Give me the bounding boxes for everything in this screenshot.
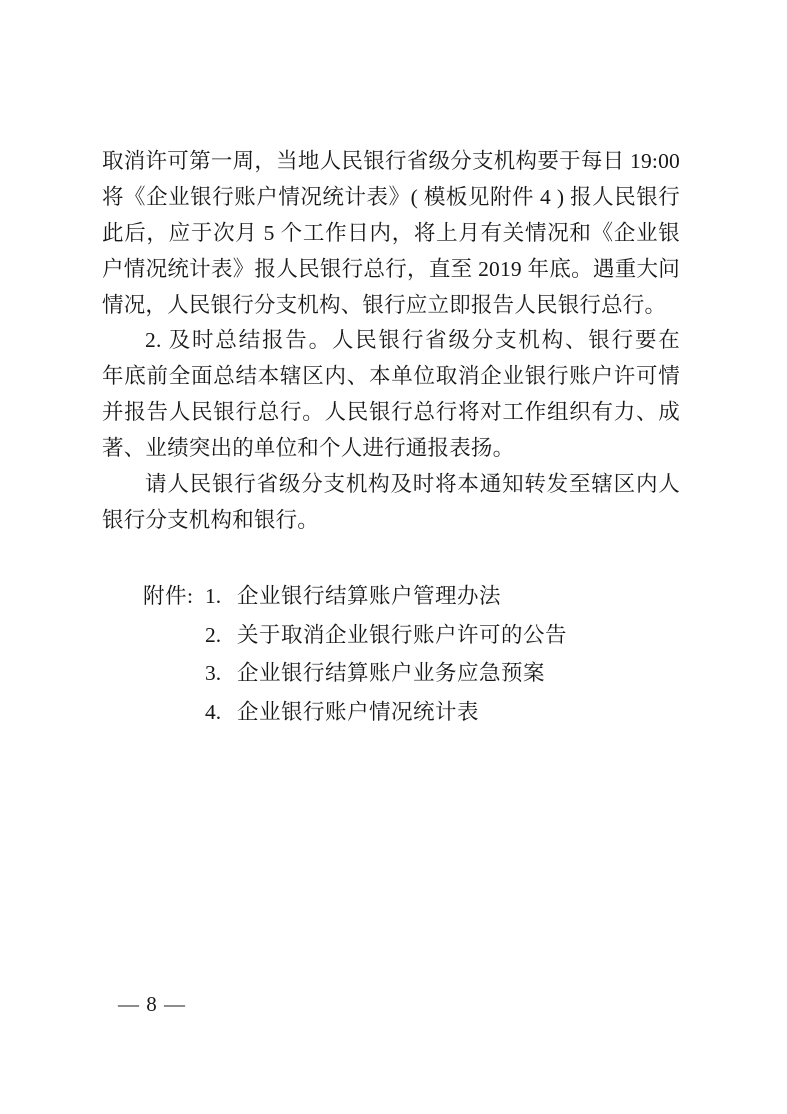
attachments-list: 附件: 1. 企业银行结算账户管理办法 2. 关于取消企业银行账户许可的公告 3…: [143, 577, 567, 731]
paragraph-forward-notice: 请人民银行省级分支机构及时将本通知转发至辖区内人民 银行分支机构和银行。: [102, 467, 680, 539]
attachment-title: 企业银行结算账户管理办法: [237, 577, 501, 616]
text-line: 著、业绩突出的单位和个人进行通报表扬。: [102, 431, 680, 467]
text-line: 并报告人民银行总行。人民银行总行将对工作组织有力、成效显: [102, 395, 680, 431]
text-line: 年底前全面总结本辖区内、本单位取消企业银行账户许可情况，: [102, 359, 680, 395]
text-line: 请人民银行省级分支机构及时将本通知转发至辖区内人民: [102, 467, 680, 503]
attachment-item: 4. 企业银行账户情况统计表: [205, 693, 567, 732]
attachment-item: 3. 企业银行结算账户业务应急预案: [205, 654, 567, 693]
attachments-items: 1. 企业银行结算账户管理办法 2. 关于取消企业银行账户许可的公告 3. 企业…: [205, 577, 567, 731]
text-line: 户情况统计表》报人民银行总行，直至 2019 年底。遇重大问题和: [102, 252, 680, 288]
text-line: 情况，人民银行分支机构、银行应立即报告人民银行总行。: [102, 288, 680, 324]
attachment-item: 2. 关于取消企业银行账户许可的公告: [205, 616, 567, 655]
text-line: 银行分支机构和银行。: [102, 503, 680, 539]
text-line: 取消许可第一周，当地人民银行省级分支机构要于每日 19:00 前: [102, 144, 680, 180]
attachment-number: 4.: [205, 693, 237, 732]
attachment-item: 1. 企业银行结算账户管理办法: [205, 577, 567, 616]
text-line: 此后，应于次月 5 个工作日内，将上月有关情况和《企业银行账: [102, 216, 680, 252]
text-line: 2. 及时总结报告。人民银行省级分支机构、银行要在 2019: [102, 323, 680, 359]
paragraph-report-weekly: 取消许可第一周，当地人民银行省级分支机构要于每日 19:00 前 将《企业银行账…: [102, 144, 680, 323]
document-page: 取消许可第一周，当地人民银行省级分支机构要于每日 19:00 前 将《企业银行账…: [0, 0, 787, 1114]
attachment-number: 2.: [205, 616, 237, 655]
document-body: 取消许可第一周，当地人民银行省级分支机构要于每日 19:00 前 将《企业银行账…: [102, 144, 680, 539]
attachment-title: 企业银行账户情况统计表: [237, 693, 479, 732]
page-number: — 8 —: [118, 991, 186, 1017]
attachments-label: 附件:: [143, 577, 205, 616]
paragraph-summary-report: 2. 及时总结报告。人民银行省级分支机构、银行要在 2019 年底前全面总结本辖…: [102, 323, 680, 467]
attachment-number: 3.: [205, 654, 237, 693]
attachment-title: 关于取消企业银行账户许可的公告: [237, 616, 567, 655]
text-line: 将《企业银行账户情况统计表》( 模板见附件 4 ) 报人民银行总行。: [102, 180, 680, 216]
attachment-number: 1.: [205, 577, 237, 616]
attachment-title: 企业银行结算账户业务应急预案: [237, 654, 545, 693]
